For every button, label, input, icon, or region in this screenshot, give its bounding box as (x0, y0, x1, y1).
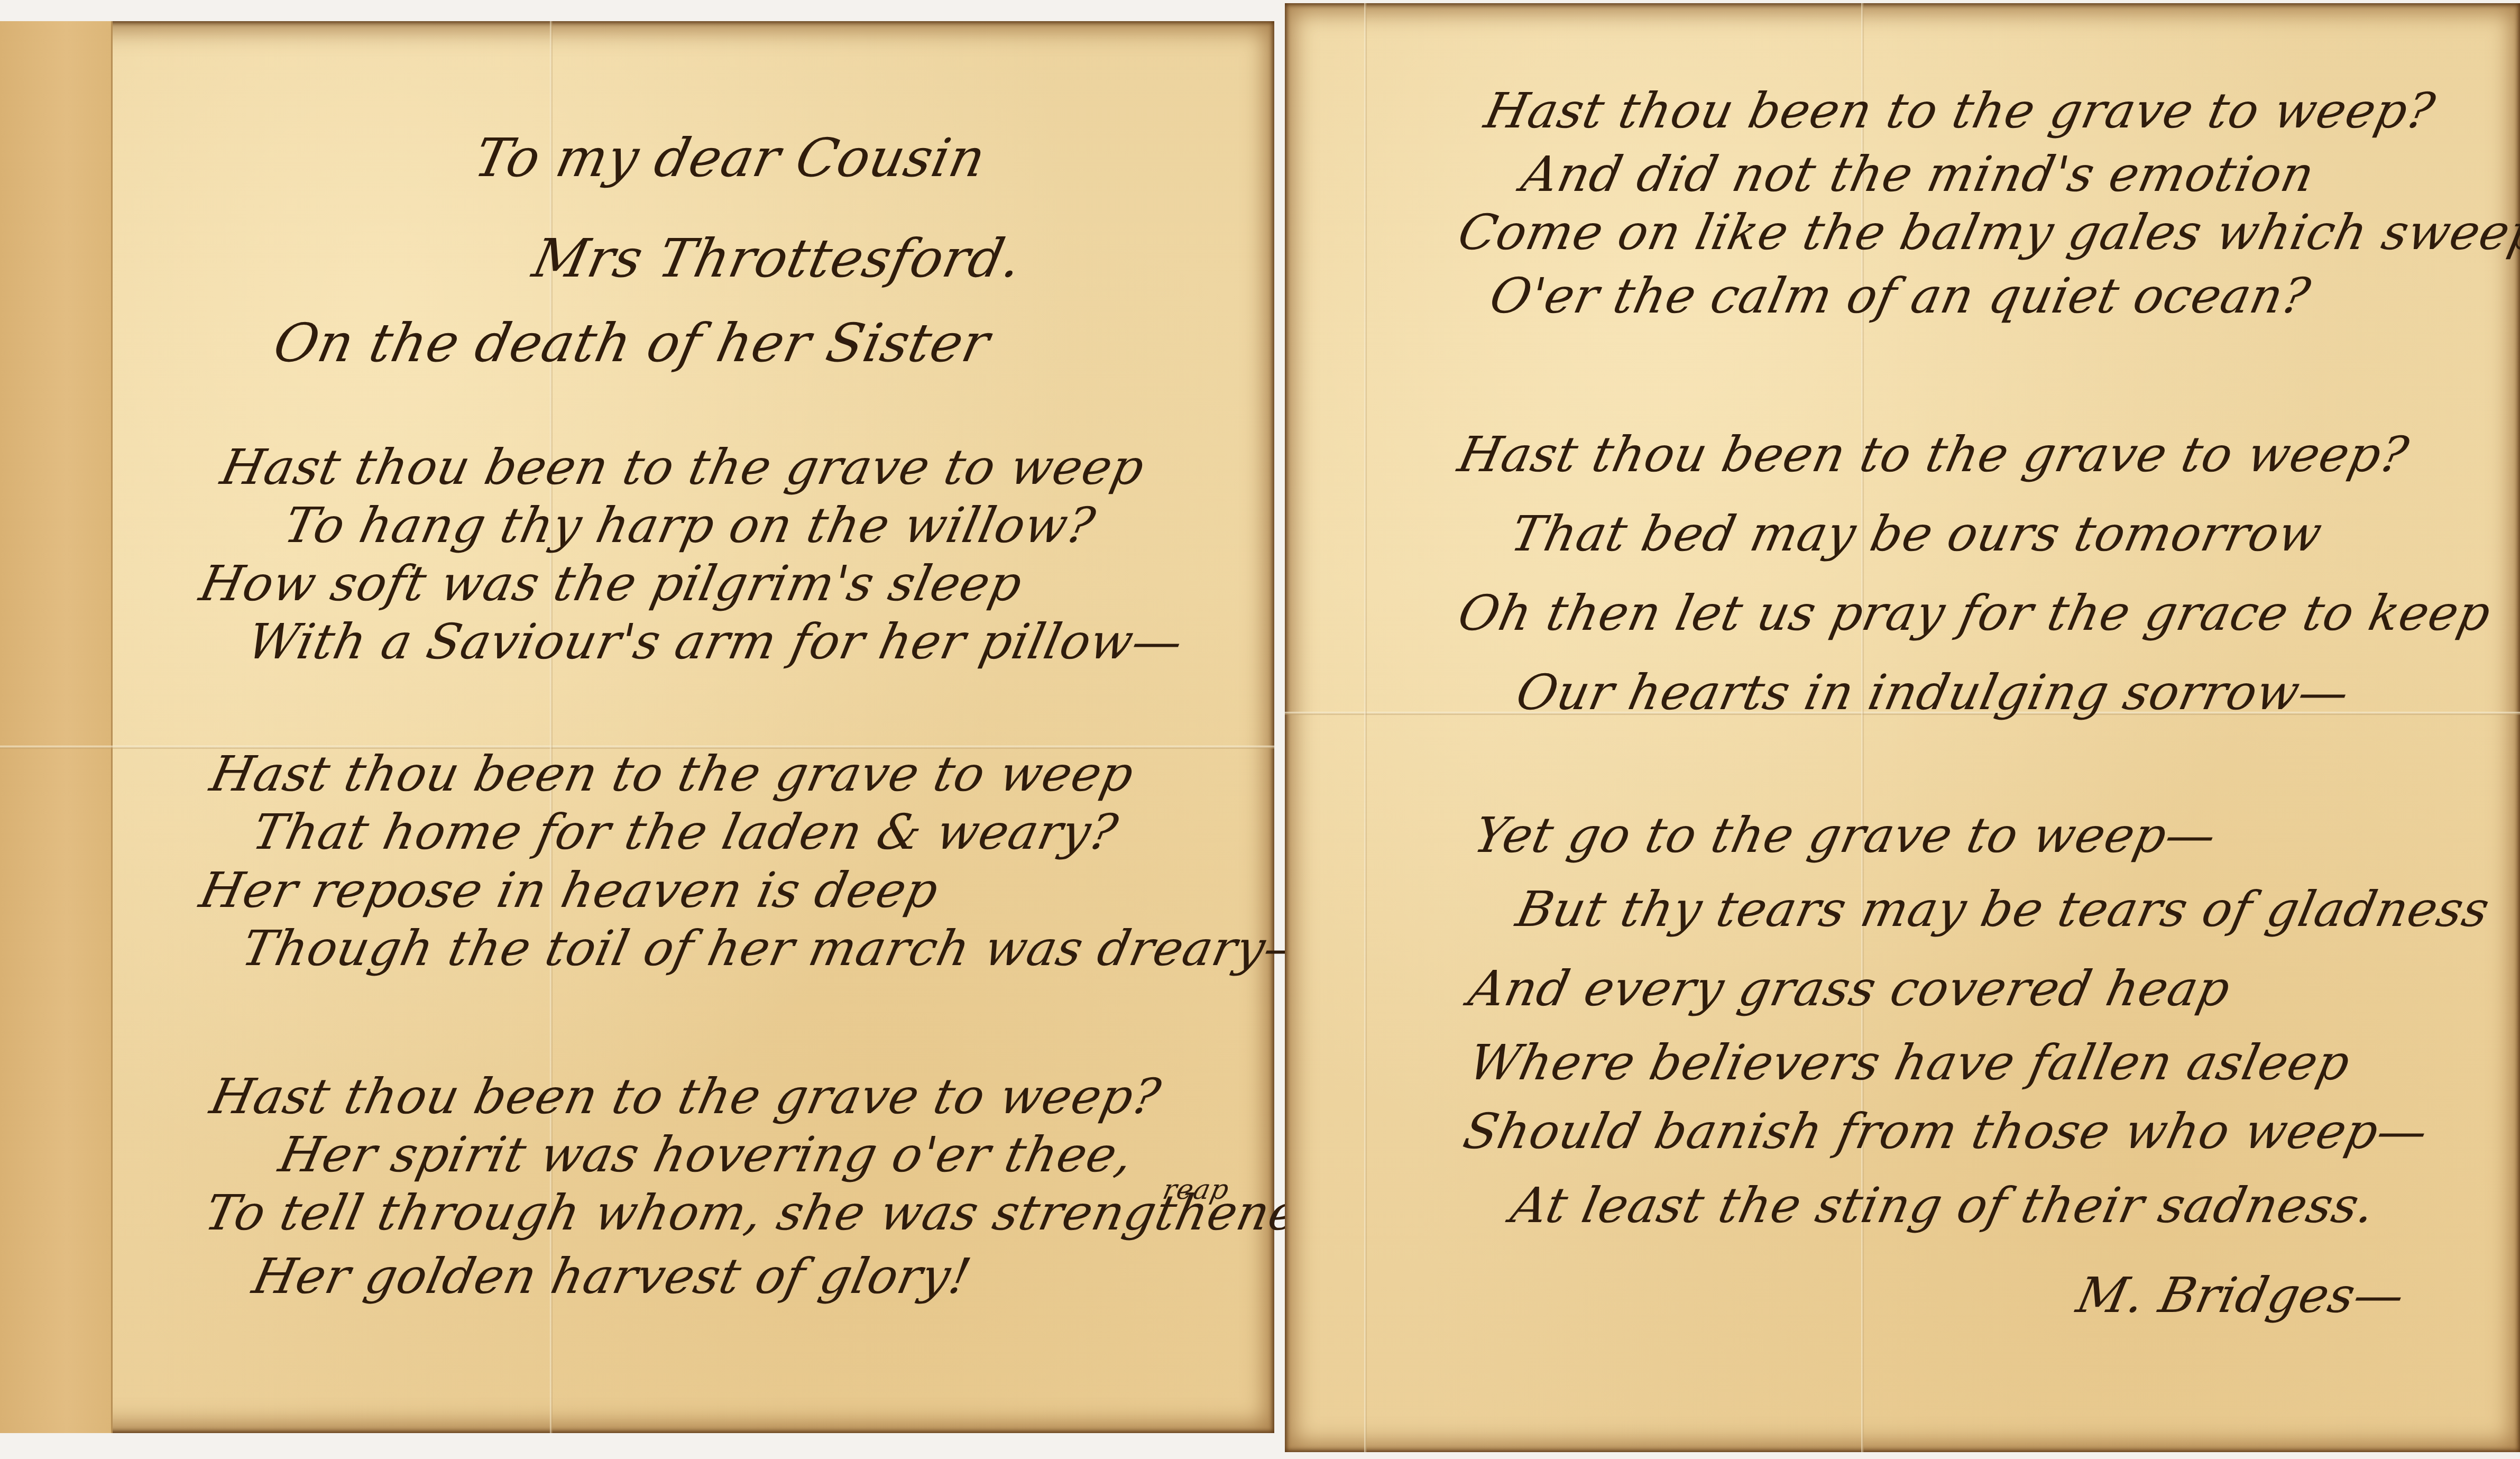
verse-line: And did not the mind's emotion (1517, 146, 2320, 203)
verse-line: Her golden harvest of glory! (248, 1248, 976, 1305)
verse-line: Should banish from those who weep— (1459, 1103, 2433, 1160)
verse-line: Hast thou been to the grave to weep? (1480, 82, 2440, 139)
heading-line-1: To my dear Cousin (470, 127, 991, 189)
verse-line: Her spirit was hovering o'er thee, (274, 1126, 1138, 1183)
verse-line: With a Saviour's arm for her pillow— (243, 613, 1189, 670)
letter-page-left: To my dear Cousin Mrs Throttesford. On t… (0, 21, 1274, 1433)
verse-line: Yet go to the grave to weep— (1469, 807, 2222, 864)
verse-line: At least the sting of their sadness. (1506, 1177, 2380, 1234)
verse-line: Oh then let us pray for the grace to kee… (1454, 585, 2496, 641)
fold-crease-vertical (1364, 3, 1367, 1452)
verse-line: But thy tears may be tears of gladness (1512, 881, 2495, 938)
letter-page-right: Hast thou been to the grave to weep? And… (1285, 3, 2520, 1452)
verse-line: O'er the calm of an quiet ocean? (1485, 268, 2315, 324)
verse-line: How soft was the pilgrim's sleep (195, 555, 1028, 612)
folded-flap (0, 21, 113, 1433)
verse-line: Though the toil of her march was dreary— (237, 920, 1320, 977)
verse-line: That bed may be ours tomorrow (1506, 506, 2328, 562)
verse-line: Hast thou been to the grave to weep (216, 439, 1150, 495)
verse-line: Hast thou been to the grave to weep? (206, 1068, 1166, 1125)
verse-line: Where believers have fallen asleep (1464, 1034, 2356, 1091)
heading-line-2: Mrs Throttesford. (528, 227, 1028, 289)
verse-line: Hast thou been to the grave to weep (206, 746, 1139, 802)
verse-line: Come on like the balmy gales which sweep (1454, 204, 2520, 261)
verse-line: To hang thy harp on the willow? (280, 497, 1100, 554)
signature: M. Bridges— (2072, 1267, 2410, 1324)
heading-line-3: On the death of her Sister (269, 312, 996, 374)
verse-line: Hast thou been to the grave to weep? (1454, 426, 2414, 483)
verse-line: Our hearts in indulging sorrow— (1512, 664, 2355, 721)
verse-line: And every grass covered heap (1464, 960, 2236, 1017)
verse-line: Her repose in heaven is deep (195, 862, 944, 919)
verse-line: That home for the laden & weary? (248, 804, 1123, 860)
verse-line: To tell through whom, she was strengthen… (200, 1185, 1402, 1241)
